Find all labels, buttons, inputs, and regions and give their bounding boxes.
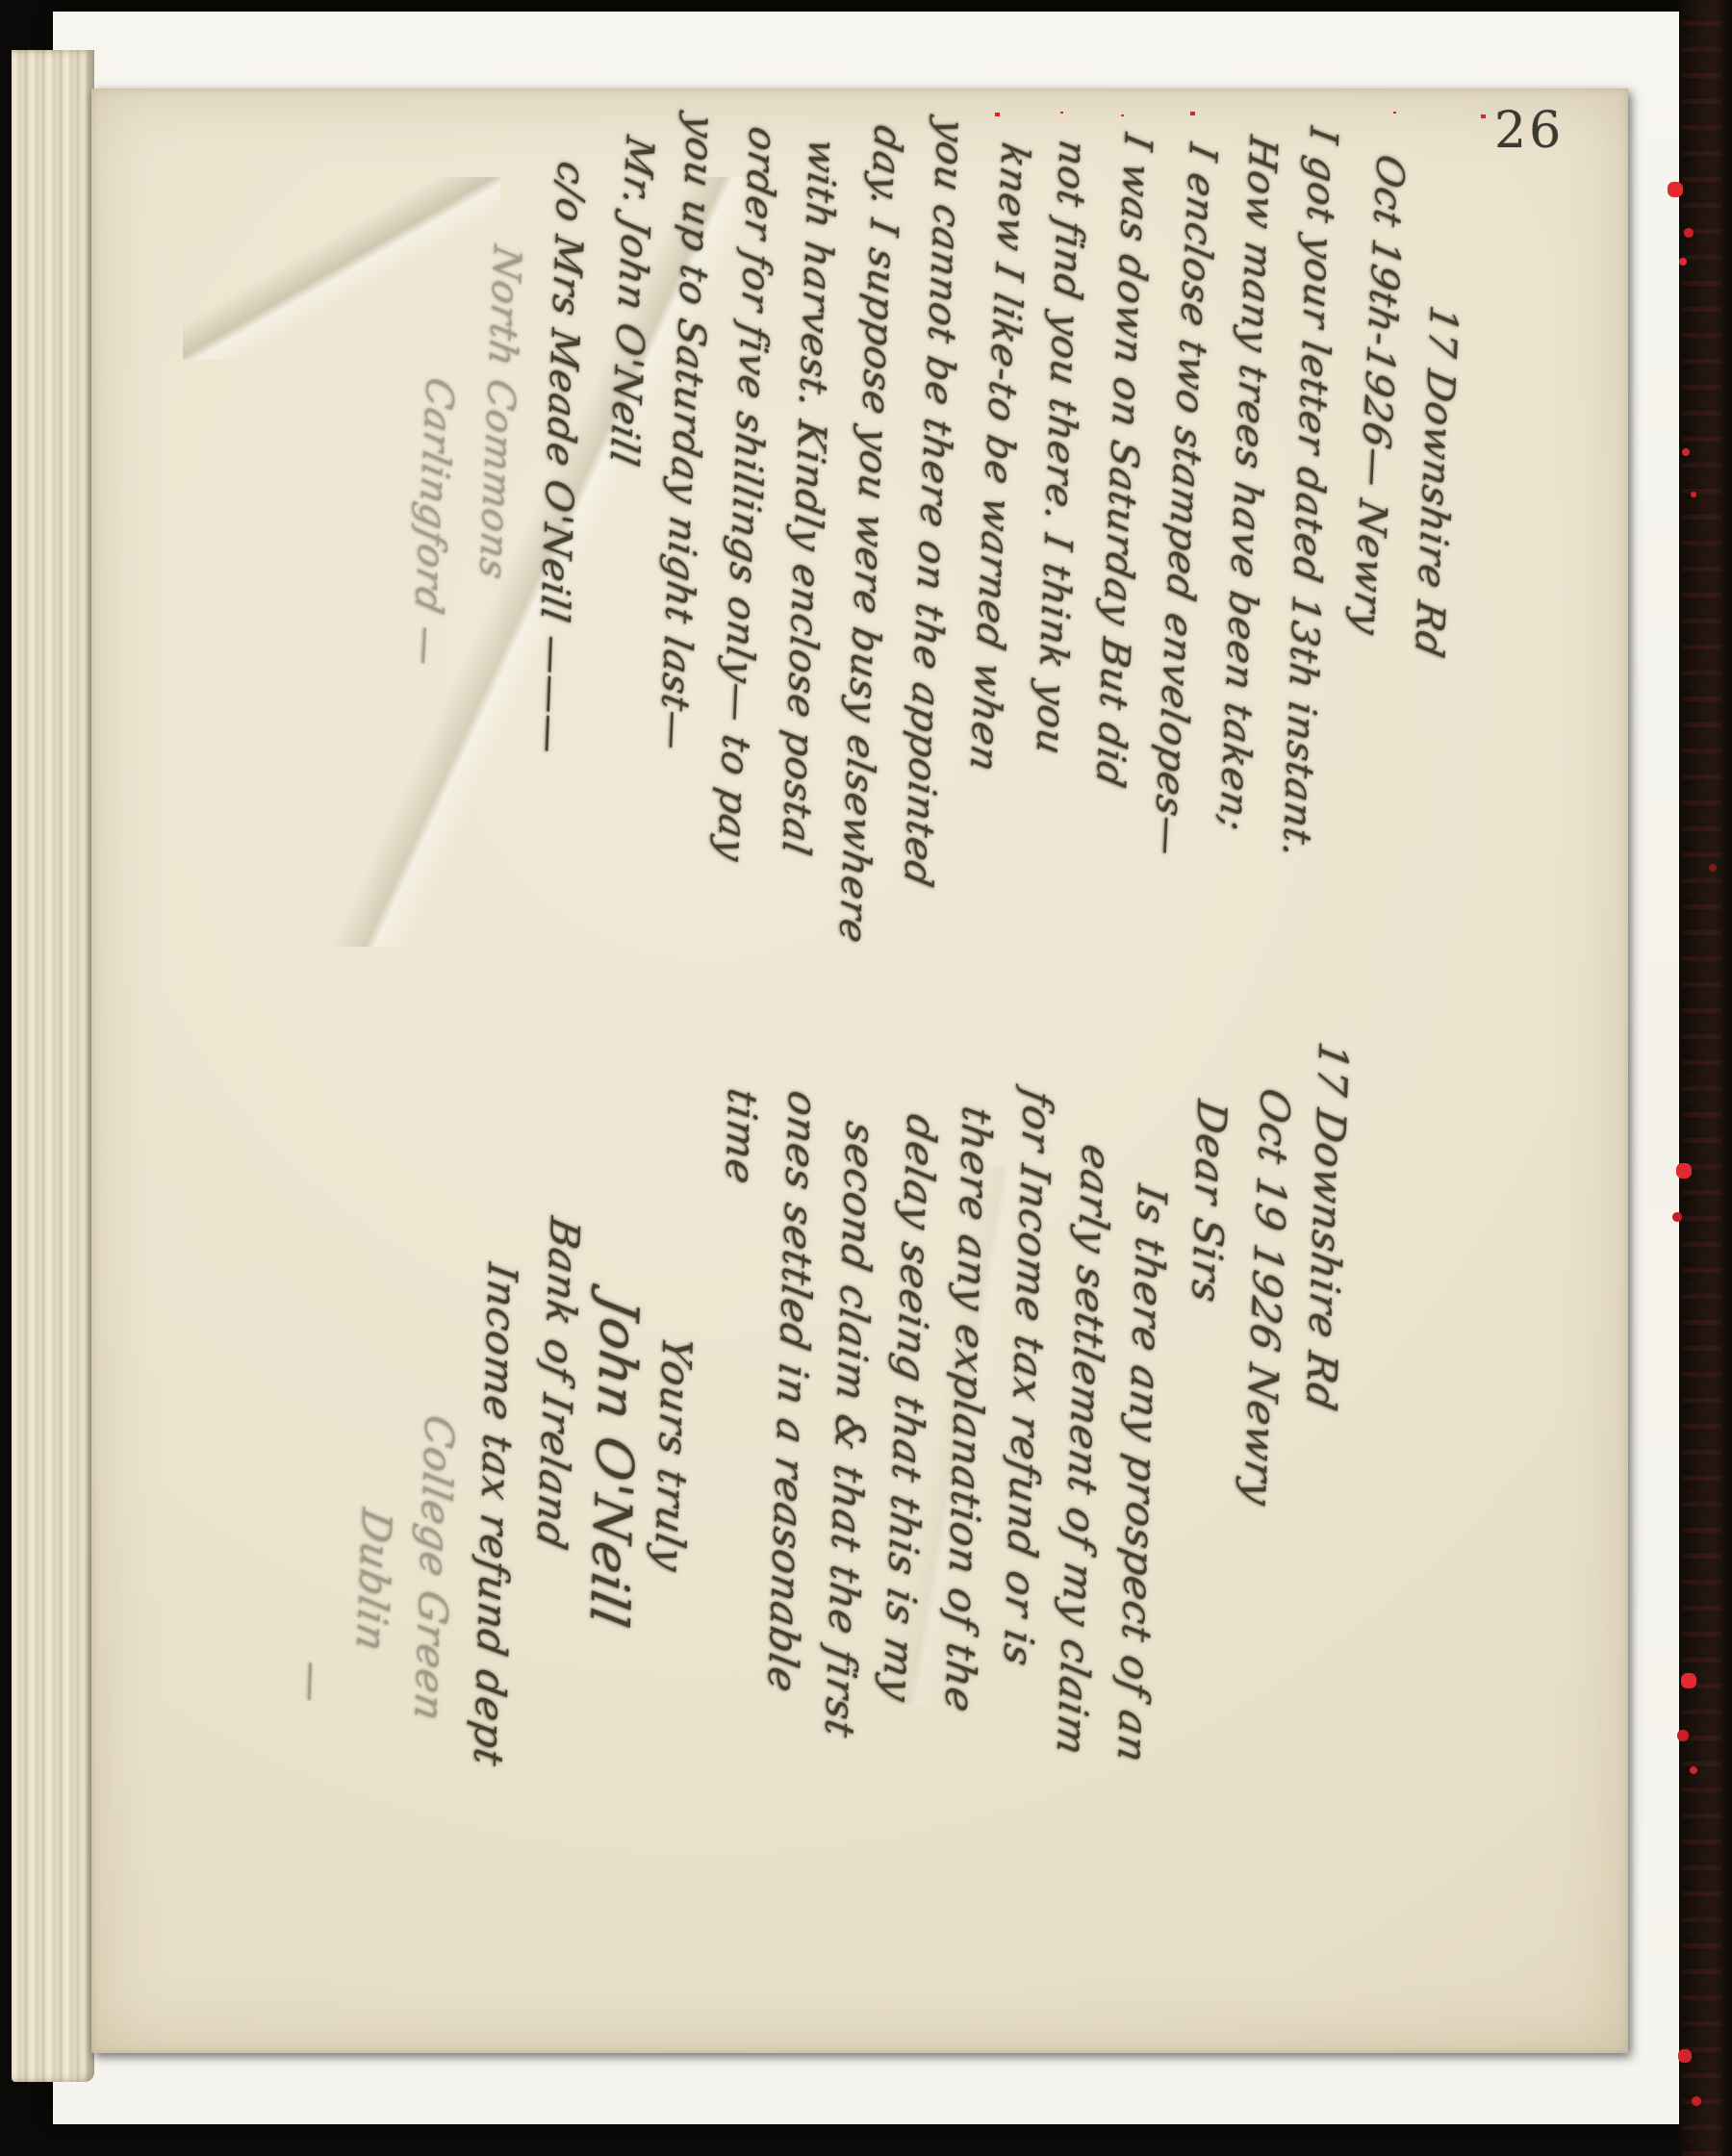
photographed-letterbook: 26 17 Downshire RdOct 19th-1926— NewryI … — [0, 0, 1732, 2156]
red-edge-marks — [0, 0, 4, 4]
letter-1: 17 Downshire RdOct 19th-1926— NewryI got… — [383, 89, 1482, 980]
left-page-edges — [12, 50, 94, 2082]
letter-2: 17 Downshire RdOct 19 1926 NewryDear Sir… — [277, 911, 1366, 1890]
binding-texture — [1682, 0, 1722, 2156]
page-number: 26 — [1494, 102, 1564, 160]
